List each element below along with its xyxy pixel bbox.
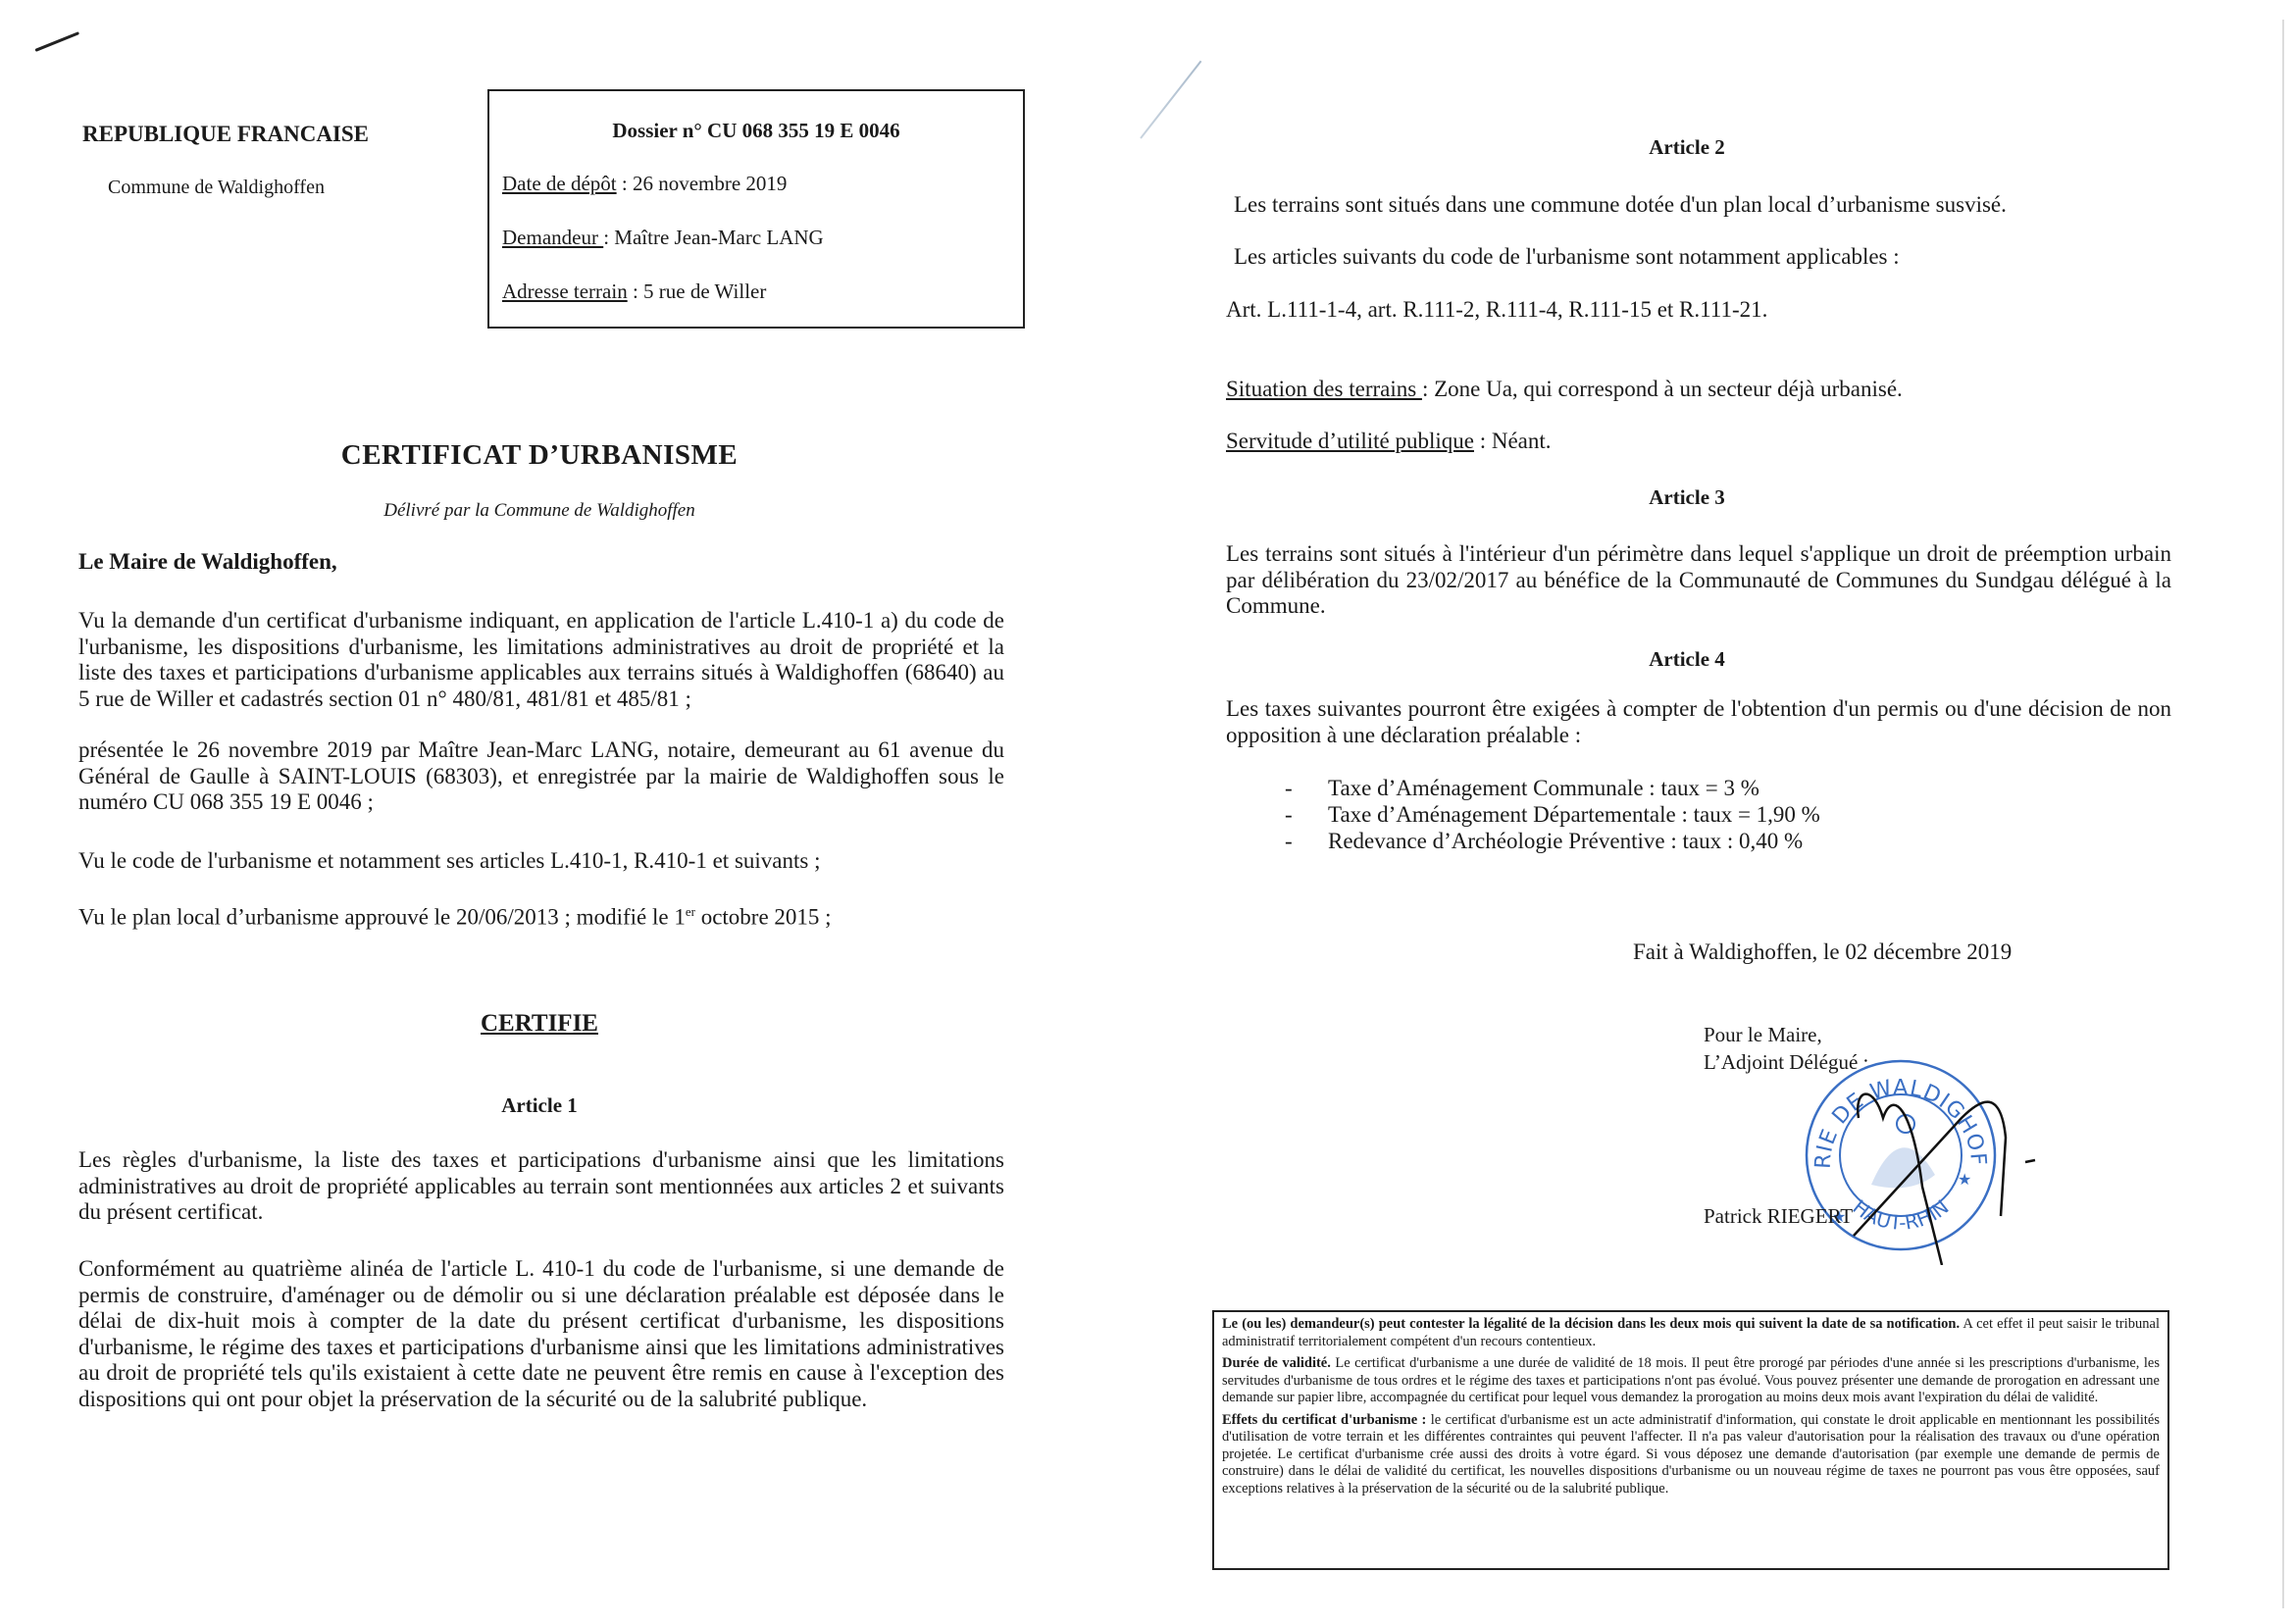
tax-item: -Redevance d’Archéologie Préventive : ta…	[1285, 828, 1820, 854]
certificate-title: CERTIFICAT D’URBANISME	[0, 439, 1079, 472]
notice-appeal: Le (ou les) demandeur(s) peut contester …	[1222, 1316, 2160, 1350]
article-2-text: Les articles suivants du code de l'urban…	[1234, 243, 2179, 270]
field-label: Date de dépôt	[502, 172, 617, 195]
plu-paragraph: Vu le plan local d’urbanisme approuvé le…	[78, 899, 1004, 931]
mayor-line: Le Maire de Waldighoffen,	[78, 549, 337, 575]
field-label: Adresse terrain	[502, 279, 628, 303]
signatory-name: Patrick RIEGERT	[1704, 1204, 1853, 1229]
applicant-line: Demandeur : Maître Jean-Marc LANG	[502, 226, 824, 250]
plu-text-end: octobre 2015 ;	[695, 905, 832, 930]
for-mayor: Pour le Maire,	[1704, 1021, 1868, 1048]
tax-list: -Taxe d’Aménagement Communale : taux = 3…	[1285, 775, 1820, 854]
address-line: Adresse terrain : 5 rue de Willer	[502, 279, 766, 304]
plu-text: Vu le plan local d’urbanisme approuvé le…	[78, 905, 686, 930]
article-1-paragraph: Les règles d'urbanisme, la liste des tax…	[78, 1147, 1004, 1226]
article-2-refs: Art. L.111-1-4, art. R.111-2, R.111-4, R…	[1226, 296, 2171, 323]
consideration-paragraph: présentée le 26 novembre 2019 par Maître…	[78, 737, 1004, 816]
servitude-label: Servitude d’utilité publique	[1226, 429, 1474, 453]
commune-name: Commune de Waldighoffen	[108, 177, 325, 199]
legal-notice-box: Le (ou les) demandeur(s) peut contester …	[1212, 1310, 2169, 1570]
article-4-intro: Les taxes suivantes pourront être exigée…	[1226, 696, 2171, 748]
consideration-paragraph: Vu la demande d'un certificat d'urbanism…	[78, 608, 1004, 712]
tax-item: -Taxe d’Aménagement Communale : taux = 3…	[1285, 775, 1820, 801]
notice-validity: Durée de validité. Le certificat d'urban…	[1222, 1355, 2160, 1407]
servitude-value: : Néant.	[1474, 429, 1552, 453]
article-1-paragraph: Conformément au quatrième alinéa de l'ar…	[78, 1256, 1004, 1412]
page-edge	[2282, 20, 2284, 1608]
situation-line: Situation des terrains : Zone Ua, qui co…	[1226, 376, 2171, 402]
place-and-date: Fait à Waldighoffen, le 02 décembre 2019	[1633, 939, 2012, 965]
article-3-heading: Article 3	[1197, 485, 2177, 510]
field-value: : Maître Jean-Marc LANG	[603, 226, 824, 249]
article-4-heading: Article 4	[1197, 647, 2177, 672]
certifie-heading: CERTIFIE	[0, 1010, 1079, 1038]
republic-heading: REPUBLIQUE FRANCAISE	[82, 122, 369, 147]
blue-pen-stroke	[1140, 61, 1201, 139]
field-label: Demandeur	[502, 226, 603, 249]
dossier-box: Dossier n° CU 068 355 19 E 0046 Date de …	[487, 89, 1025, 329]
handwritten-signature-icon	[1844, 1079, 2040, 1265]
situation-label: Situation des terrains	[1226, 377, 1422, 401]
article-2-text: Les terrains sont situés dans une commun…	[1234, 191, 2179, 218]
article-2-heading: Article 2	[1197, 135, 2177, 160]
field-value: : 26 novembre 2019	[617, 172, 788, 195]
certificate-subtitle: Délivré par la Commune de Waldighoffen	[0, 500, 1079, 522]
plu-sup: er	[686, 904, 695, 919]
tax-item: -Taxe d’Aménagement Départementale : tau…	[1285, 801, 1820, 828]
situation-value: : Zone Ua, qui correspond à un secteur d…	[1422, 377, 1903, 401]
pen-mark	[34, 31, 79, 52]
consideration-paragraph: Vu le code de l'urbanisme et notamment s…	[78, 848, 1004, 875]
article-1-heading: Article 1	[0, 1093, 1079, 1118]
field-value: : 5 rue de Willer	[628, 279, 767, 303]
deposit-date-line: Date de dépôt : 26 novembre 2019	[502, 172, 787, 196]
notice-effects: Effets du certificat d'urbanisme : le ce…	[1222, 1412, 2160, 1498]
dossier-number: Dossier n° CU 068 355 19 E 0046	[489, 119, 1023, 143]
article-3-text: Les terrains sont situés à l'intérieur d…	[1226, 541, 2171, 620]
servitude-line: Servitude d’utilité publique : Néant.	[1226, 428, 2171, 454]
